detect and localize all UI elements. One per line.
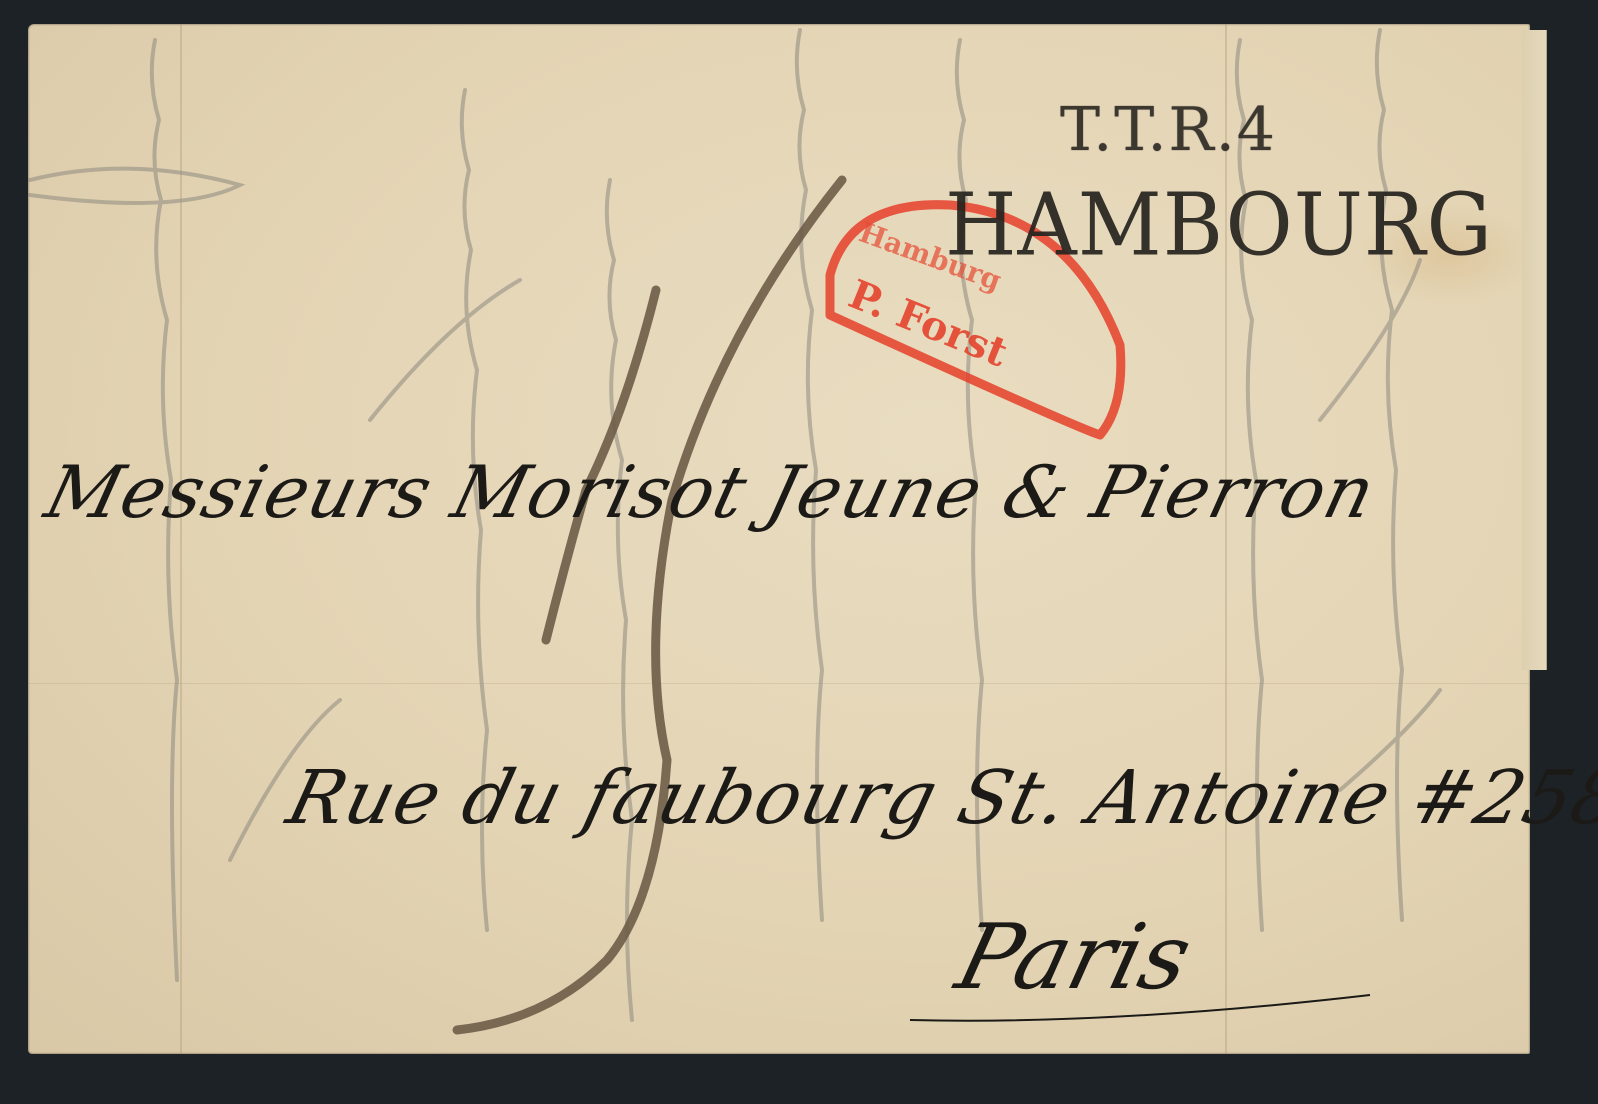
address-line-recipient: Messieurs Morisot Jeune & Pierron [38, 450, 1384, 534]
address-line-street: Rue du faubourg St. Antoine #258 [279, 755, 1598, 841]
address-line-city: Paris [947, 905, 1201, 1010]
manuscript-rate-15 [457, 180, 842, 1030]
origin-postmark: HAMBOURG [945, 183, 1493, 269]
transit-postmark: T.T.R.4 [1060, 100, 1277, 160]
ink-strokes-layer [0, 0, 1598, 1104]
